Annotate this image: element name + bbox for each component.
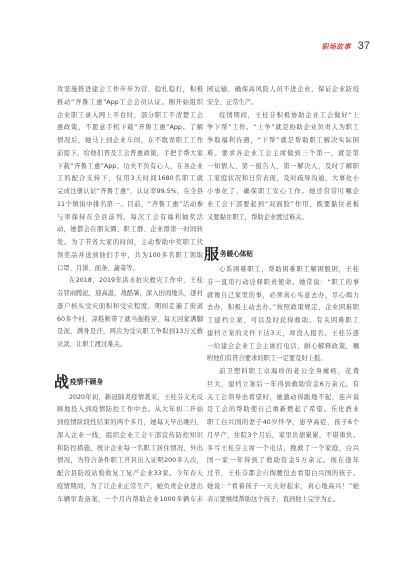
text-line: 一知情人、第一报告人、第一解决人，及时了解职 <box>207 161 359 174</box>
text-line: 芬一直用行动诠释职责使命。她常说：“职工的事 <box>207 277 359 290</box>
text-line: 口罩、月饼、面条、蔬菜等。 <box>57 263 203 276</box>
text-line: 到疫情阶段性结束的两个多月，她每天早出晚归， <box>57 417 203 430</box>
text-line: 下载“齐鲁工惠”App。功夫不负有心人，在各企业 <box>57 161 203 174</box>
text-line: 工的配合支持下，仅用3天时间1680名职工就 <box>57 173 203 186</box>
text-line: 疫情期间，为了让企业正常生产，她负责企业进出 <box>57 481 203 494</box>
left-column: 攻坚施推进建会工作步步为营、稳扎稳打，积极 推动“齐鲁工惠”App工会会员认证。… <box>57 84 203 506</box>
text-line: 咐他们有符合要求的职工一定要及时上报。 <box>207 353 359 366</box>
text-line: 配合县防疫站验收复工复产企业33家。今年春天 <box>57 468 203 481</box>
heading-initial: 服 <box>204 247 219 262</box>
text-line: 巨大，建档立案后一年得到救助资金6万余元。有 <box>207 379 359 392</box>
text-line: 2020年初，新冠肺炎疫情袭来，王桂芬义无反 <box>57 392 203 405</box>
page-number: 37 <box>358 40 370 52</box>
heading-rest: 务暖心体贴 <box>220 248 253 261</box>
text-line: 争取福利待遇，“下帮”就是帮助职工解决实际困 <box>207 135 359 148</box>
text-line: 工家庭状况和日常表现，及时疏导沟通，大事化小 <box>207 173 359 186</box>
text-line: 她说：“看着孩子一天天好起来，真心地高兴！”她 <box>207 481 359 494</box>
text-line: 灾款，让职工渡过难关。 <box>57 339 203 352</box>
text-line: 与率保持在全县前列。每次工会有福利抽奖活 <box>57 212 203 225</box>
text-line: 顾地投入到疫情防控工作中去。从大年初二开始 <box>57 404 203 417</box>
text-line: 深入企业一线，组织企业工会干部宣传防控知识 <box>57 430 203 443</box>
spacer <box>207 224 359 237</box>
paragraph: 疫情期间，王桂芬积极协助企业工会做好“上 争下帮”工作。“上争”就是协助企业负责… <box>207 110 359 225</box>
text-line: 疫情期间，王桂芬积极协助企业工会做好“上 <box>207 110 359 123</box>
text-line: 芬冒雨蹚泥，迎高温，战酷暑，深入田间地头，逐村 <box>57 288 203 301</box>
text-line: 车辆审查备案，一个月内帮助企业1000多辆车未 <box>57 494 203 507</box>
text-line: 逐户核实受灾面积和受灾程度，期间走遍了街道 <box>57 301 203 314</box>
text-line: 小事化了，确保职工安心工作。她还常常叮嘱企 <box>207 186 359 199</box>
text-line: 60多个村，凉鞋断带了就当拖鞋穿，每天回家满脚 <box>57 314 203 327</box>
text-line: 表示要继续帮助这个孩子，直到他上完学为止。 <box>207 494 359 507</box>
text-line: 去办，积极主动去办。”按照政策规定，企业困难职 <box>207 302 359 315</box>
text-line: 一给建会企业工会主席打电话，耐心解释政策，嘱 <box>207 341 359 354</box>
text-line: 难。要求各企业工会主席做到三个第一，就是第 <box>207 148 359 161</box>
paragraph: 心系困难职工，帮助困难职工解困脱困，王桂 芬一直用行动诠释职责使命。她常说：“职… <box>207 264 359 366</box>
spacer <box>57 352 203 365</box>
text-line: 关工会领导去看望时，她激动得跪地不起，连声说 <box>207 392 359 405</box>
text-line: 又要黏住职工，帮助企业渡过难关。 <box>207 212 359 225</box>
text-line: 是泥，满身是汗，两次为受灾职工争取到13万元救 <box>57 326 203 339</box>
text-line: 推动“齐鲁工惠”App工会会员认证。刚开始组织 <box>57 97 203 110</box>
text-line: 多亏王桂芬主席一个电话，挽救了一个家庭，白兴 <box>207 443 359 456</box>
text-line: 惠政策，不愿意手机下载“齐鲁工惠”App。了解 <box>57 122 203 135</box>
text-line: 前提下，给他们普及工会普惠政策，手把手帮大家 <box>57 148 203 161</box>
paragraph: 攻坚施推进建会工作步步为营、稳扎稳打，积极 推动“齐鲁工惠”App工会会员认证。… <box>57 84 203 275</box>
text-line: 园运输，确保高风险人员不进企业，保证企业防疫 <box>207 84 359 97</box>
text-line: 争下帮”工作。“上争”就是协助企业负责人为职工 <box>207 122 359 135</box>
text-line: 业工会干部要起到“双面胶”作用，既要黏住老板 <box>207 199 359 212</box>
text-line: 发。为了节省大家的时间，主动帮助中奖职工代 <box>57 237 203 250</box>
text-line: 动，她都会在朋友圈、职工群、企业群第一时间转 <box>57 224 203 237</box>
text-line: 职工白兴国的妻子40岁怀孕，患孕高症，孩子6个 <box>207 417 359 430</box>
text-line: 国一家一年得到了救助资金5万余元。现在逢年 <box>207 455 359 468</box>
paragraph: 在2018、2019年洪水抗灾救灾工作中，王桂 芬冒雨蹚泥，迎高温，战酷暑，深入… <box>57 275 203 352</box>
text-line: 前卫塑料职工卓海珍的老公全身瘫痪，花费 <box>207 366 359 379</box>
text-line: 就像自己家里的事，必须真心实意去办，尽心竭力 <box>207 290 359 303</box>
page-header: 职场故事 37 <box>322 40 370 52</box>
text-line: 心系困难职工，帮助困难职工解困脱困，王桂 <box>207 264 359 277</box>
right-column: 园运输，确保高风险人员不进企业，保证企业防疫 安全、正常生产。 疫情期间，王桂芬… <box>207 84 359 506</box>
text-line: 是工会的帮助使自己重新燃起了希望。乐化酒业 <box>207 404 359 417</box>
text-line: 工建档立案，可以及时获得救助。有关困难职工 <box>207 315 359 328</box>
text-line: 安全、正常生产。 <box>207 97 359 110</box>
section-heading-fight-epidemic: 战 疫情不顾身 <box>54 368 203 390</box>
text-line: 情况，为符合条件职工开具出入证明200多人次， <box>57 455 203 468</box>
text-line: 和防控措施，统计企业每一名职工居住情况、外出 <box>57 443 203 456</box>
text-line: 过节，王桂芬都会自掏腰包去看望白兴国的孩子。 <box>207 468 359 481</box>
heading-initial: 战 <box>54 375 69 390</box>
paragraph: 2020年初，新冠肺炎疫情袭来，王桂芬义无反 顾地投入到疫情防控工作中去。从大年… <box>57 392 203 507</box>
text-line: 领奖品并送到他们手中，共为100多名职工领取 <box>57 250 203 263</box>
text-line: 在2018、2019年洪水抗灾救灾工作中，王桂 <box>57 275 203 288</box>
text-line: 攻坚施推进建会工作步步为营、稳扎稳打，积极 <box>57 84 203 97</box>
text-line: 11个镇街中排名第一。目前，“齐鲁工惠”活动参 <box>57 199 203 212</box>
heading-rest: 疫情不顾身 <box>70 376 103 389</box>
text-line: 月早产，住院3个月后，家里负债累累，不堪重负。 <box>207 430 359 443</box>
section-heading-warm-service: 服 务暖心体贴 <box>204 240 359 262</box>
text-line: 完成注册认证“齐鲁工惠”，认证率99.5%，在全县 <box>57 186 203 199</box>
paragraph: 园运输，确保高风险人员不进企业，保证企业防疫 安全、正常生产。 <box>207 84 359 110</box>
paragraph: 前卫塑料职工卓海珍的老公全身瘫痪，花费 巨大，建档立案后一年得到救助资金6万余元… <box>207 366 359 506</box>
text-line: 企业职工录入网上平台时，部分职工不清楚工会 <box>57 110 203 123</box>
section-label: 职场故事 <box>322 42 351 52</box>
text-line: 建档立案的文件下达3天，却没人报名。王桂芬逐 <box>207 328 359 341</box>
text-line: 情况后，她马上到企业车间，在不耽误职工工作 <box>57 135 203 148</box>
